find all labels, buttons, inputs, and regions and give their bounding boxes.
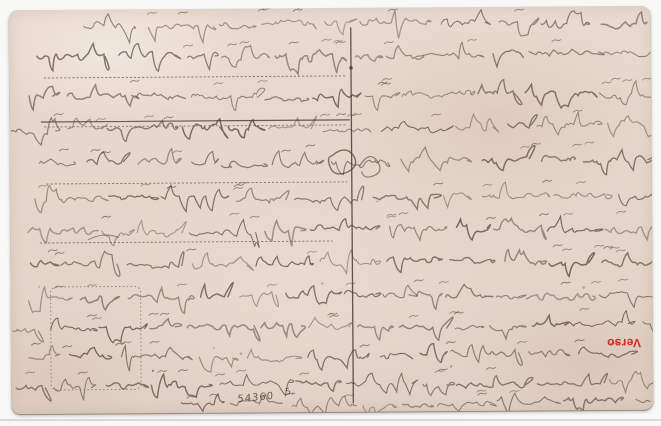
handwriting-line-8 bbox=[30, 244, 653, 280]
handwriting-line-12 bbox=[16, 366, 653, 401]
scan-background: Verso 54360 5. bbox=[0, 0, 661, 426]
handwriting-line-9 bbox=[28, 278, 653, 315]
handwriting-line-10 bbox=[13, 308, 654, 344]
ink-blot bbox=[349, 66, 353, 70]
address-divider-line bbox=[349, 28, 355, 403]
handwriting-layer bbox=[9, 6, 654, 414]
handwriting-line-1 bbox=[84, 6, 647, 44]
stamp-box bbox=[51, 286, 142, 390]
handwriting-line-7 bbox=[28, 210, 652, 249]
handwriting-line-11 bbox=[29, 338, 638, 374]
verso-label: Verso bbox=[601, 336, 647, 350]
handwriting-line-6 bbox=[35, 179, 654, 212]
catalog-number-suffix: 5. bbox=[284, 387, 294, 398]
handwriting-line-4 bbox=[11, 109, 653, 145]
scanner-edge-band bbox=[0, 419, 661, 421]
postcard: Verso 54360 5. bbox=[9, 6, 654, 414]
handwriting-line-3 bbox=[29, 77, 653, 113]
